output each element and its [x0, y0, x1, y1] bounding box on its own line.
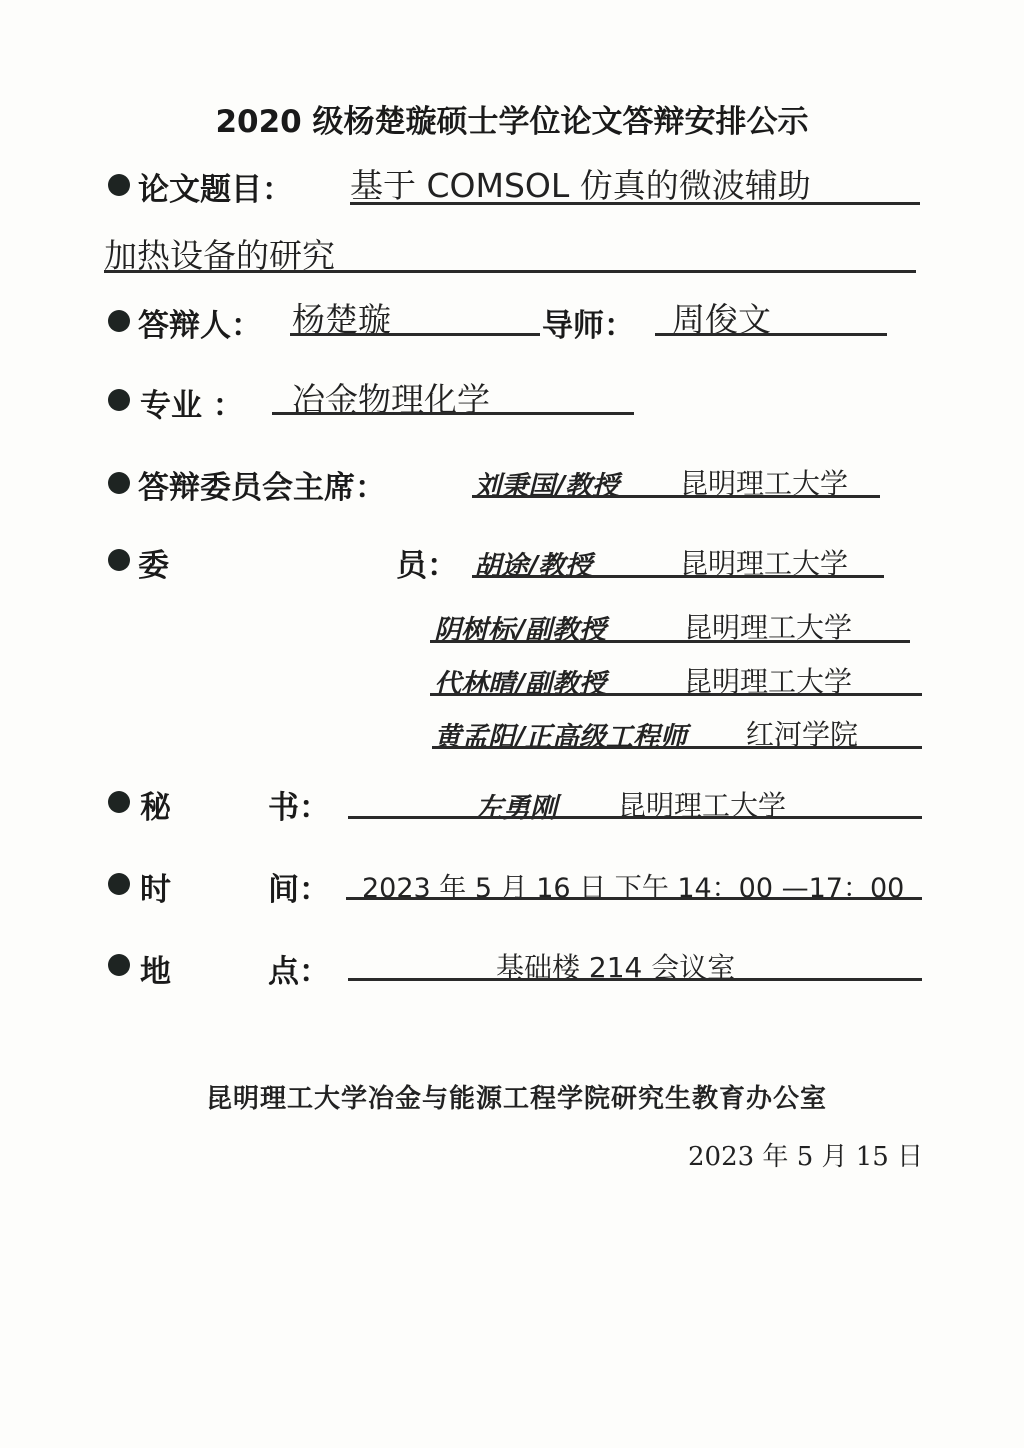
underline: [432, 746, 922, 749]
bullet-icon: [108, 549, 130, 571]
bullet-icon: [108, 791, 130, 813]
underline: [348, 816, 922, 819]
underline: [290, 333, 540, 336]
location-label-right: 点：: [268, 946, 330, 991]
issuing-office: 昆明理工大学冶金与能源工程学院研究生教育办公室: [206, 1078, 827, 1115]
secretary-name: 左勇刚: [476, 786, 557, 825]
members-label-left: 委: [138, 540, 169, 585]
secretary-label-left: 秘: [140, 782, 171, 827]
members-label-right: 员：: [396, 540, 458, 585]
advisor-label: 导师：: [542, 300, 635, 345]
underline: [472, 575, 884, 578]
thesis-title-line1: 基于 COMSOL 仿真的微波辅助: [350, 160, 811, 207]
underline: [272, 412, 634, 415]
underline: [346, 897, 922, 900]
issue-date: 2023 年 5 月 15 日: [688, 1136, 923, 1173]
underline: [350, 202, 920, 205]
chair-label: 答辩委员会主席：: [138, 462, 386, 507]
bullet-icon: [108, 389, 130, 411]
underline: [655, 333, 887, 336]
underline: [430, 693, 922, 696]
time-label-left: 时: [140, 864, 171, 909]
page-title: 2020 级杨楚璇硕士学位论文答辩安排公示: [0, 96, 1024, 141]
time-label-right: 间：: [268, 864, 330, 909]
bullet-icon: [108, 472, 130, 494]
underline: [104, 270, 916, 273]
major-label: 专业 ：: [140, 380, 244, 425]
secretary-label-right: 书：: [268, 782, 330, 827]
underline: [430, 640, 910, 643]
underline: [348, 978, 922, 981]
underline: [472, 495, 880, 498]
location-label-left: 地: [140, 946, 171, 991]
bullet-icon: [108, 310, 130, 332]
bullet-icon: [108, 873, 130, 895]
thesis-label: 论文题目：: [138, 164, 293, 209]
defender-label: 答辩人：: [138, 300, 262, 345]
bullet-icon: [108, 174, 130, 196]
bullet-icon: [108, 954, 130, 976]
